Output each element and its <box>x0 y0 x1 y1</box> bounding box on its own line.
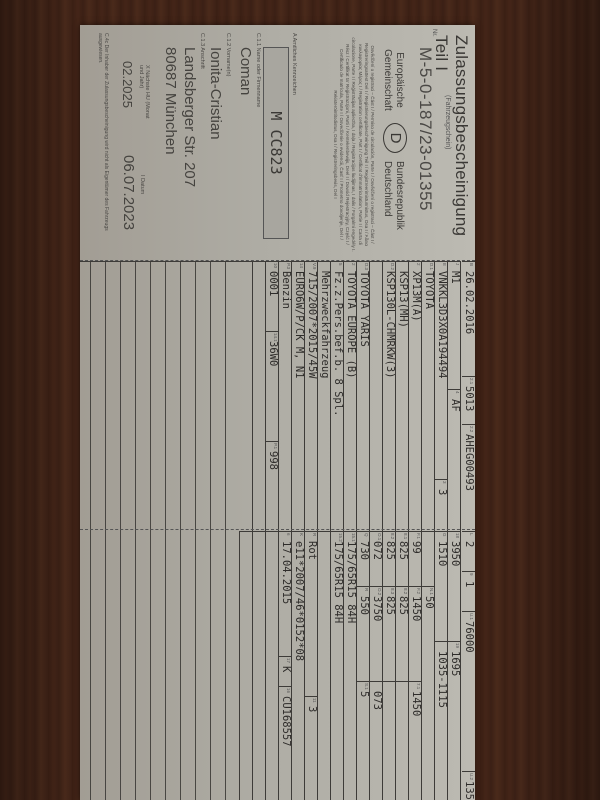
vehicle-data-table: B26.02.2016 2.15013 2.2AHEG00493 JM1 4AF… <box>80 260 475 800</box>
field-16-cert-number: CU168557 <box>280 696 292 747</box>
license-plate: M CC823 <box>263 47 289 239</box>
section-divider <box>80 529 475 530</box>
field-6-approval-date: 17.04.2015 <box>280 541 292 604</box>
field-14-1-emission-code: 36W0 <box>267 341 279 366</box>
hu-label: X Nächste HU (Monat und Jahr) <box>138 65 150 125</box>
document-subtitle: (Fahrzeugschein) <box>444 95 451 149</box>
document-title: Zulassungsbescheinigung Teil I <box>431 35 471 260</box>
field-5-vehicle-class-desc: Fz.z.Pers.bef.b. 8 Spl. <box>332 271 344 416</box>
table-row: Ke11*2007/46*0152*08 <box>291 531 305 800</box>
field-o1-towing-braked: 072 <box>371 541 383 560</box>
field-g-mass: 1510 <box>436 541 448 566</box>
field-u2-rpm: 135 <box>463 781 475 800</box>
field-j-vehicle-class: M1 <box>449 271 461 284</box>
field-n1-axle-load: 50 <box>423 596 435 609</box>
document-number: M-5-0-187/23-01355 <box>415 47 435 211</box>
field-s1-seats: 5 <box>358 691 370 697</box>
plate-label: A Amtliches Kennzeichen <box>291 33 297 95</box>
table-row: F.199 F.21450 7.11450 <box>408 531 422 800</box>
field-8-2-axle-load: 825 <box>384 541 396 560</box>
field-f1-max-mass: 99 <box>410 541 422 554</box>
country-code-emblem: D <box>383 123 407 153</box>
field-10-emission-key: 0001 <box>267 271 279 296</box>
field-o2-towing: 3750 <box>371 596 383 621</box>
field-7-1-axle-mass: 1450 <box>410 691 422 716</box>
firstname-label: C.1.2 Vorname(n) <box>225 33 231 76</box>
field-14-emission-class: EURO6W/P/CK M, N1 <box>293 271 305 378</box>
issue-date: 06.07.2023 <box>120 155 137 230</box>
holder-street: Landsberger Str. 207 <box>181 47 198 187</box>
field-f2-permitted-mass: 1450 <box>410 596 422 621</box>
field-l-axles: 2 <box>463 541 475 547</box>
holder-surname: Coman <box>237 47 254 95</box>
field-11-color-code: 3 <box>306 706 318 712</box>
field-2-2-type-code: AHEG00493 <box>463 434 475 491</box>
field-manufacturer: TOYOTA EUROPE (B) <box>345 271 357 378</box>
field-18-length: 3950 <box>449 541 461 566</box>
field-19-width: 1695 <box>449 651 461 676</box>
field-9-driven-axles: 1 <box>463 581 475 587</box>
holder-firstname: Ionita-Cristian <box>207 47 224 140</box>
table-row: G1510 1035-1115 <box>434 531 448 800</box>
registration-certificate: Zulassungsbescheinigung Teil I (Fahrzeug… <box>80 25 475 800</box>
next-inspection: 02.2025 <box>120 61 135 108</box>
field-15-1-tyres-front: 175/65R15 84H <box>345 541 357 623</box>
field-k-type-approval: e11*2007/46*0152*08 <box>293 541 305 661</box>
field-height-range: 1035-1115 <box>436 651 448 708</box>
technical-data-block: L2 91 U.176000 U.2135 183950 191695 G151… <box>240 531 475 800</box>
field-e-vin: VNKKL3D3X0A194494 <box>436 271 448 378</box>
field-p3-fuel: Benzin <box>280 271 292 309</box>
footer-note: C.4c Der Inhaber der Zulassungsbescheini… <box>97 33 109 253</box>
table-row <box>317 531 331 800</box>
field-q-power-ratio: 730 <box>358 541 370 560</box>
table-row <box>252 531 266 800</box>
table-row <box>239 531 253 800</box>
field-2-1-manufacturer-code: 5013 <box>463 386 475 411</box>
table-row: 15.2175/65R15 84H <box>330 531 344 800</box>
field-variant: KSP13(MH) <box>397 271 409 328</box>
date-label: I Datum <box>139 175 145 194</box>
table-row: 15.1175/65R15 84H <box>343 531 357 800</box>
table-row: 617.04.2015 17K 16CU168557 <box>278 531 292 800</box>
field-type: XP13M(A) <box>410 271 422 322</box>
table-row <box>265 531 279 800</box>
field-p1-displacement: 998 <box>267 451 279 470</box>
address-label: C.1.3 Anschrift <box>199 33 205 69</box>
table-row: RRot 113 <box>304 531 318 800</box>
field-v9-emission-regulation: 715/2007*2015/45W <box>306 271 318 378</box>
field-4-body-type: AF <box>449 399 461 412</box>
empty-lines <box>80 261 240 800</box>
table-row: N.150 <box>421 531 435 800</box>
country-label: Bundesrepublik Deutschland <box>381 161 405 241</box>
field-3-check-digit: 3 <box>436 489 448 495</box>
table-row: Q730 R550 S.15 <box>356 531 370 800</box>
field-17-code: K <box>280 666 292 672</box>
field-d3-commercial-name: TOYOTA YARIS <box>358 271 370 347</box>
table-row: O.1072 O.23750 073 <box>369 531 383 800</box>
eu-label: Europäische Gemeinschaft <box>381 45 405 115</box>
table-row: 183950 191695 <box>447 531 461 800</box>
field-15-2-tyres-rear: 175/65R15 84H <box>332 541 344 623</box>
surname-label: C.1.1 Name oder Firmenname <box>255 33 261 107</box>
field-8-1-axle-load: 825 <box>397 541 409 560</box>
field-d1-make: TOYOTA <box>423 271 435 309</box>
field-d2-version: KSP130L-CHMRKW(3) <box>384 271 396 378</box>
document-header: Zulassungsbescheinigung Teil I (Fahrzeug… <box>80 25 475 260</box>
table-row: 8.1825 8.2825 <box>395 531 409 800</box>
table-row: 8.2825 8.3825 <box>382 531 396 800</box>
number-label: Nr. <box>431 29 437 37</box>
field-r-unbraked: 550 <box>358 596 370 615</box>
table-row: L2 91 U.176000 U.2135 <box>460 531 475 800</box>
field-b-first-registration: 26.02.2016 <box>463 271 475 334</box>
field-u1-noise: 76000 <box>463 621 475 653</box>
holder-city: 80687 München <box>162 47 179 155</box>
field-body-desc: Mehrzweckfahrzeug <box>319 271 331 378</box>
multilingual-text: Osvědčení o registraci – Část I / Permis… <box>332 37 375 252</box>
field-r-color: Rot <box>306 541 318 560</box>
